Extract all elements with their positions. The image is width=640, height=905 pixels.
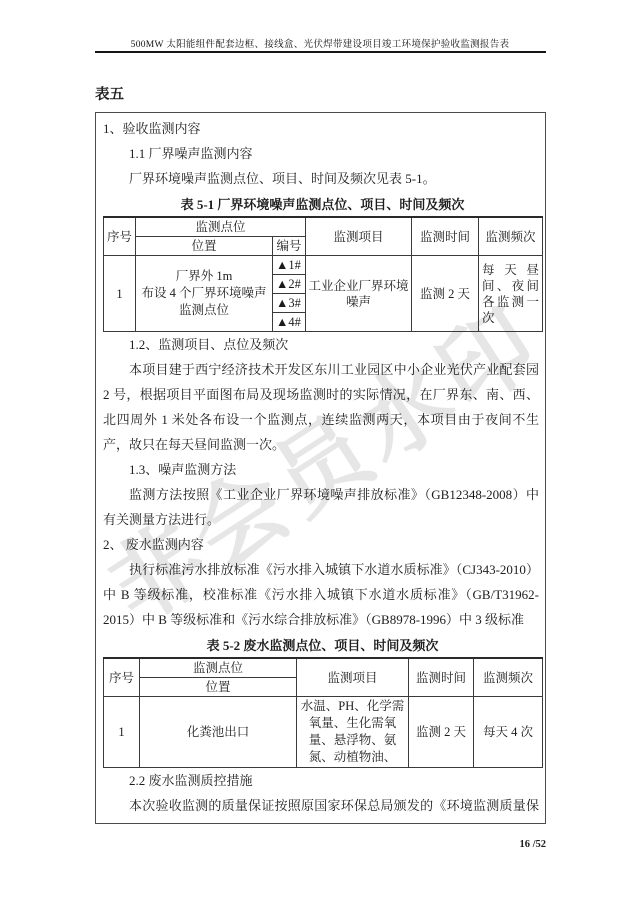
table-5-2-title: 表 5-2 废水监测点位、项目、时间及频次 xyxy=(103,638,542,654)
t2-cell-location: 化粪池出口 xyxy=(140,697,297,768)
section-2-text: 执行标准污水排放标准《污水排入城镇下水道水质标准》（CJ343-2010）中 B… xyxy=(103,557,539,632)
section-1-2-heading: 1.2、监测项目、点位及频次 xyxy=(103,332,539,357)
t1-location-line1: 厂界外 1m xyxy=(138,268,270,285)
t1-cell-code-3: ▲3# xyxy=(273,294,306,313)
section-2-2-heading: 2.2 废水监测质控措施 xyxy=(103,768,539,793)
t1-header-seq: 序号 xyxy=(104,217,136,256)
t2-cell-item: 水温、PH、化学需氧量、生化需氧量、悬浮物、氨氮、动植物油、 xyxy=(297,697,409,768)
t1-cell-time: 监测 2 天 xyxy=(412,256,479,332)
page-number: 16 /52 xyxy=(0,839,546,850)
t2-cell-seq: 1 xyxy=(104,697,140,768)
t1-header-location: 位置 xyxy=(136,237,273,256)
t1-cell-freq: 每天昼间、夜间各监测一次 xyxy=(479,256,543,332)
table-5-1-title: 表 5-1 厂界环境噪声监测点位、项目、时间及频次 xyxy=(103,197,542,213)
t1-cell-item: 工业企业厂界环境噪声 xyxy=(306,256,412,332)
t2-header-item: 监测项目 xyxy=(297,658,409,697)
t1-cell-code-1: ▲1# xyxy=(273,256,306,275)
document-page: 非会员水印 500MW 太阳能组件配套边框、接线盒、光伏焊带建设项目竣工环境保护… xyxy=(0,0,640,905)
t1-cell-code-2: ▲2# xyxy=(273,275,306,294)
t2-header-time: 监测时间 xyxy=(409,658,474,697)
content-box: 1、验收监测内容 1.1 厂界噪声监测内容 厂界环境噪声监测点位、项目、时间及频… xyxy=(95,112,546,824)
section-1-1-text: 厂界环境噪声监测点位、项目、时间及频次见表 5-1。 xyxy=(103,166,539,191)
section-1-3-heading: 1.3、噪声监测方法 xyxy=(103,457,539,482)
t1-header-freq: 监测频次 xyxy=(479,217,543,256)
section-1-1-heading: 1.1 厂界噪声监测内容 xyxy=(103,141,539,166)
t1-header-point: 监测点位 xyxy=(136,217,306,237)
t2-cell-time: 监测 2 天 xyxy=(409,697,474,768)
t2-header-freq: 监测频次 xyxy=(474,658,543,697)
header-divider xyxy=(95,51,546,53)
t2-header-seq: 序号 xyxy=(104,658,140,697)
section-1-3-text: 监测方法按照《工业企业厂界环境噪声排放标准》（GB12348-2008）中有关测… xyxy=(103,482,539,532)
t1-cell-code-4: ▲4# xyxy=(273,313,306,332)
table-5-1: 序号 监测点位 监测项目 监测时间 监测频次 位置 编号 1 厂界外 1m 布设… xyxy=(103,216,543,332)
t1-header-time: 监测时间 xyxy=(412,217,479,256)
t2-header-point: 监测点位 xyxy=(140,658,297,678)
section-2-2-text: 本次验收监测的质量保证按照原国家环保总局颁发的《环境监测质量保证管理规定》的要求… xyxy=(103,793,539,824)
table-row: 1 化粪池出口 水温、PH、化学需氧量、生化需氧量、悬浮物、氨氮、动植物油、 监… xyxy=(104,697,543,768)
running-header-title: 500MW 太阳能组件配套边框、接线盒、光伏焊带建设项目竣工环境保护验收监测报告… xyxy=(0,36,640,50)
t1-header-code: 编号 xyxy=(273,237,306,256)
t1-header-item: 监测项目 xyxy=(306,217,412,256)
section-1-heading: 1、验收监测内容 xyxy=(103,116,539,141)
section-2-heading: 2、 废水监测内容 xyxy=(103,532,539,557)
table-5-2: 序号 监测点位 监测项目 监测时间 监测频次 位置 1 化粪池出口 水温、PH、… xyxy=(103,657,543,768)
sheet-label: 表五 xyxy=(95,83,124,104)
t1-cell-seq: 1 xyxy=(104,256,136,332)
t1-location-line2: 布设 4 个厂界环境噪声监测点位 xyxy=(138,285,270,319)
t2-header-location: 位置 xyxy=(140,678,297,697)
section-1-2-text: 本项目建于西宁经济技术开发区东川工业园区中小企业光伏产业配套园 2 号，根据项目… xyxy=(103,357,539,457)
t2-cell-freq: 每天 4 次 xyxy=(474,697,543,768)
t1-cell-location: 厂界外 1m 布设 4 个厂界环境噪声监测点位 xyxy=(136,256,273,332)
table-row: 1 厂界外 1m 布设 4 个厂界环境噪声监测点位 ▲1# 工业企业厂界环境噪声… xyxy=(104,256,543,275)
